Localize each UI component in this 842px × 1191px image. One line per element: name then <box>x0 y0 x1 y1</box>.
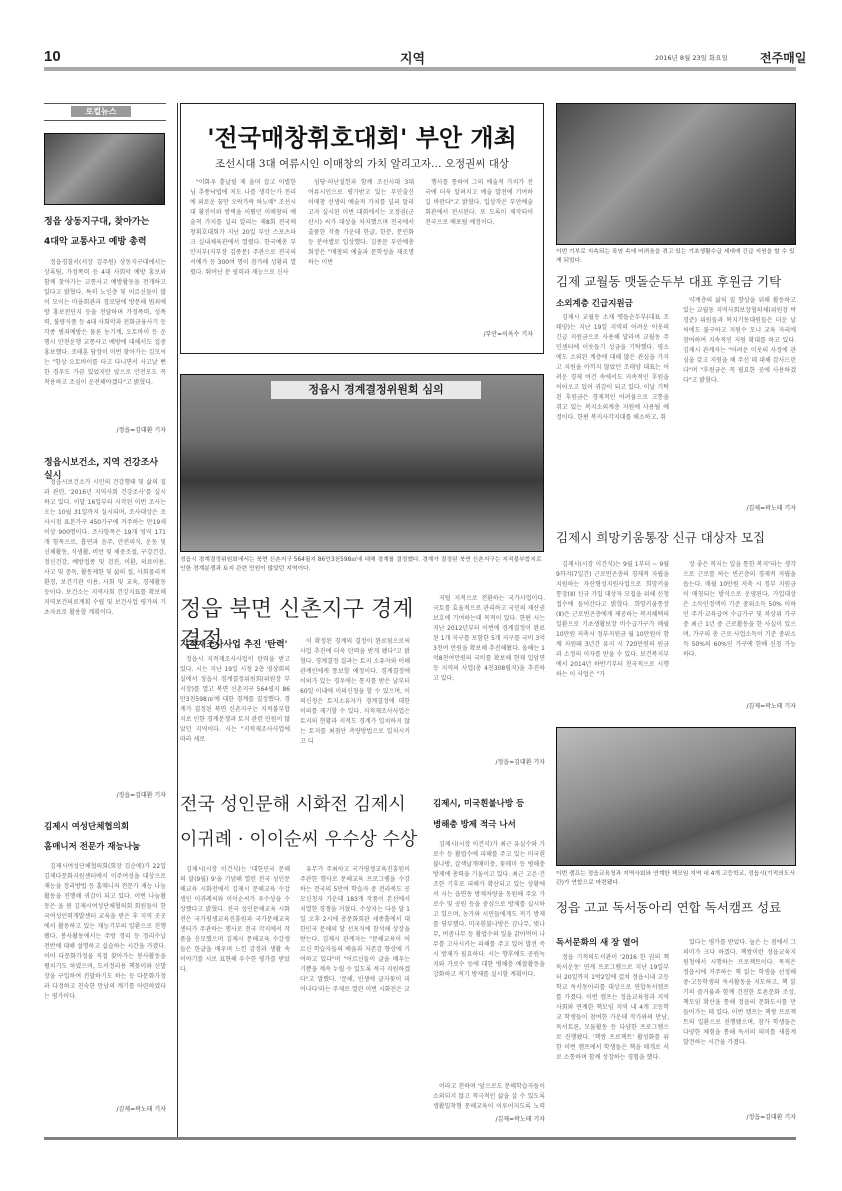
byline: /김제=곽노태 기자 <box>100 1104 166 1113</box>
article-headline: 김제시 희망키움통장 신규 대상자 모집 <box>556 528 796 546</box>
article-headline: 김제 교월동 맷돌순두부 대표 후원금 기탁 <box>556 272 796 290</box>
newspaper-name: 전주매일 <box>760 49 806 66</box>
article-title: 김제시, 미국흰불나방 등 <box>433 797 545 809</box>
label-rule-top <box>44 103 166 104</box>
article-body-col1: 김제시 교월동 소재 맷돌순두부(대표 조태양)는 지난 19일 지역의 어려운… <box>556 313 669 508</box>
article-title: 정읍 상동지구대, 찾아가는 <box>44 214 168 227</box>
section-title: 지역 <box>400 48 425 67</box>
article-subhead: 소외계층 긴급지원금 <box>556 297 676 309</box>
article-body-col1: 정읍시 지적재조사사업이 탄력을 받고 있다. 시는 지난 19일 시청 2층 … <box>180 655 290 755</box>
page-number: 10 <box>44 48 61 65</box>
article-body-col2: 유무가 주최하고 국가평생교육진흥원이 주관한 행사로 문해교육 프로그램을 수… <box>300 865 410 1120</box>
article-headline: 이귀례 · 이이순씨 우수상 수상 <box>180 825 430 851</box>
feature-subheadline: 조선시대 3대 여류시인 이매창의 가치 알리고자… 오정권씨 대상 <box>180 156 544 171</box>
article-body-col2: 있다는 평가를 받았다. 높은 는 점에서 그 의미가 크다 하겠다. 책쌍이란… <box>683 938 796 1108</box>
article-body: 김제시여성단체협의회(회장 김순애)가 22일 김제다문화지원센터에서 이주여성… <box>44 862 166 1112</box>
byline: /김제=곽노태 기자 <box>683 701 796 710</box>
photo-banner: 정읍시 경계결정위원회 심의 <box>271 381 481 399</box>
article-title: 4대악 교통사고 예방 총력 <box>44 234 168 247</box>
article-body-col2: 장 좋은 복지는 일을 통한 복지"라는 생각으로 근로를 하는 빈곤층의 경제… <box>683 560 796 700</box>
article-body-col1: 김제시(시장 이건식)는 '대한민국 문해의 달(9월) 9'을 기념해 열린 … <box>180 865 290 1120</box>
byline: /김제=곽노태 기자 <box>433 1114 545 1123</box>
article-subhead: 지적재조사사업 추진 '탄력' <box>180 637 300 650</box>
feature-body-col3: 행사를 통하여 그의 예술적 가치가 전국에 더욱 알려지고 예술 발전에 기여… <box>425 178 533 323</box>
photo-caption: 이번 캠프는 정읍교육청과 지역사회와 연계한 책모임 지역 내 4개 고등학교… <box>556 870 796 888</box>
article-title: 홈매니저 전문가 재능나눔 <box>44 840 168 852</box>
article-body-col2: 약계층의 삶의 질 향상을 위해 활동하고 있는 교월동 지역사회보장협의체(위… <box>683 296 796 496</box>
article-headline: 정읍 고교 독서동아리 연합 독서캠프 성료 <box>556 898 796 916</box>
issue-date: 2016년 8월 23일 화요일 <box>655 53 728 62</box>
feature-headline: '전국매창휘호대회' 부안 개최 <box>180 118 544 153</box>
byline: /정읍=김대환 기자 <box>475 757 545 766</box>
local-news-label: 로컬뉴스 <box>71 106 131 117</box>
byline: /정읍=김대환 기자 <box>44 790 166 799</box>
byline: /정읍=김대환 기자 <box>683 1112 796 1121</box>
footer-rule <box>44 1137 796 1140</box>
label-rule-bottom <box>44 120 166 121</box>
article-body-col1: 정읍 기적의도서관이 '2016 한 권의 책 독서운동' 연계 프로그램으로 … <box>556 953 669 1113</box>
jungeup-police-photo <box>44 133 165 205</box>
article-body-col3: 지털 지적으로 전환하는 국가사업이다. 국토를 효율적으로 관리하고 국민의 … <box>433 594 545 744</box>
article-subhead: 독서문화의 새 장 열어 <box>556 936 676 948</box>
feature-body-col1: "이화우 흩날릴 제 울며 잡고 이별한 님 추풍낙엽에 저도 나를 생각는가 … <box>190 178 296 348</box>
article-headline: 전국 성인문해 시화전 김제시 <box>180 790 430 816</box>
photo-caption: 정읍시 경계결정위원회에서는 북면 신촌지구 564필지 86만3천598㎡에 … <box>180 556 544 574</box>
boundary-committee-photo: 정읍시 경계결정위원회 심의 <box>180 374 544 552</box>
byline: /부안=이옥수 기자 <box>425 329 533 338</box>
article-body: 김제시(시장 이건식)가 최근 유실수와 가로수 등 활엽수에 피해를 주고 있… <box>433 840 545 1080</box>
article-body: 정읍경찰서(서장 김주원) 상동지구대에서는 상록팀, 가정폭력 등 4대 사회… <box>44 258 166 410</box>
column-divider <box>177 103 178 1140</box>
article-body: 정읍시보건소가 시민의 건강행태 및 삶의 질과 관련, '2016년 지역사회… <box>44 478 166 783</box>
byline: /김제=곽노태 기자 <box>683 503 796 512</box>
article-title: 김제시 여성단체협의회 <box>44 820 168 832</box>
article-body-col2: 이 확정된 경계의 결정이 완료됨으로써 사업 추진에 더욱 탄력을 받게 됐다… <box>300 637 410 755</box>
header-rule <box>44 67 796 71</box>
photo-caption: 이번 기부로 지속되는 폭염 속에 어려움을 겪고 있는 기초생활수급 세대에 … <box>556 248 796 266</box>
literacy-body-col3: 이라고 전하며 '앞으로도 문해학습자들이 소외되지 않고 적극적인 삶을 살 … <box>433 1082 545 1112</box>
article-title: 병해충 방제 적극 나서 <box>433 818 545 830</box>
feature-body-col2: 임당·허난설헌과 함께 조선시대 3대 여류시인으로 평가받고 있는 부안출신 … <box>308 178 414 348</box>
donation-photo <box>556 103 796 245</box>
reading-camp-photo <box>556 727 796 866</box>
article-body-col1: 김제시(시장 이건식)는 9월 1부터 ~ 9월 9까지(7일간) 근로빈곤층의… <box>556 560 669 710</box>
byline: /정읍=김대환 기자 <box>44 425 166 434</box>
